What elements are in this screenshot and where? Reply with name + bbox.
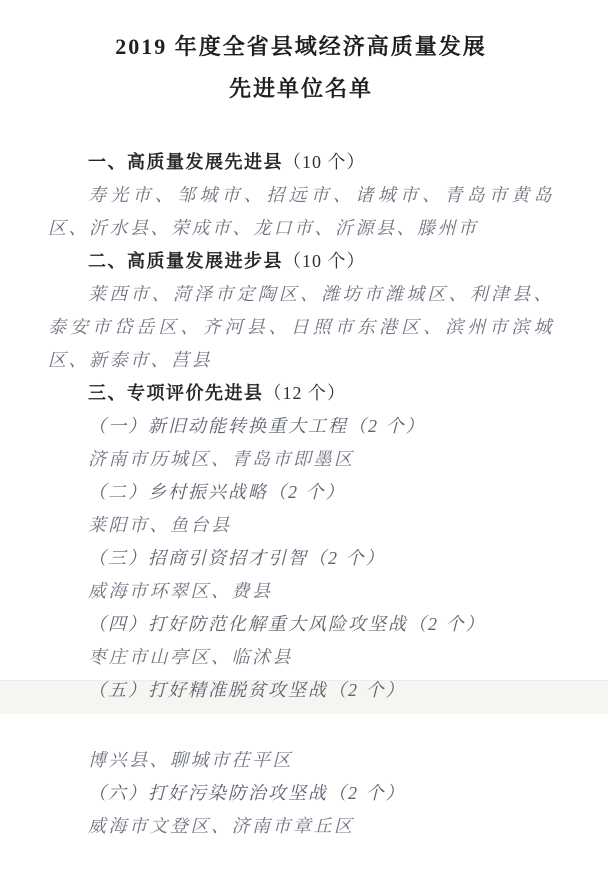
body-line: 寿光市、邹城市、招远市、诸城市、青岛市黄岛区、沂水县、荣成市、龙口市、沂源县、滕… [48, 179, 554, 245]
section-heading-2-count: （10 个） [283, 251, 366, 271]
section-heading-3-count: （12 个） [264, 383, 347, 403]
body-line: 莱阳市、鱼台县 [48, 509, 554, 542]
body-line: 枣庄市山亭区、临沭县 [48, 641, 554, 674]
page-2: 博兴县、聊城市茌平区 （六）打好污染防治攻坚战（2 个） 威海市文登区、济南市章… [0, 714, 608, 876]
page-2-content: 博兴县、聊城市茌平区 （六）打好污染防治攻坚战（2 个） 威海市文登区、济南市章… [48, 744, 554, 843]
section-heading-2: 二、高质量发展进步县（10 个） [48, 245, 554, 278]
section-heading-1-label: 一、高质量发展先进县 [88, 152, 283, 172]
body-line: 济南市历城区、青岛市即墨区 [48, 443, 554, 476]
subsection-heading-1: （一）新旧动能转换重大工程（2 个） [48, 410, 554, 443]
document-title: 2019 年度全省县域经济高质量发展 先进单位名单 [48, 0, 554, 110]
subsection-heading-6: （六）打好污染防治攻坚战（2 个） [48, 777, 554, 810]
body-line: 威海市文登区、济南市章丘区 [48, 810, 554, 843]
section-heading-2-label: 二、高质量发展进步县 [88, 251, 283, 271]
subsection-heading-2: （二）乡村振兴战略（2 个） [48, 476, 554, 509]
body-line: 威海市环翠区、费县 [48, 575, 554, 608]
body-line: 莱西市、菏泽市定陶区、潍坊市潍城区、利津县、泰安市岱岳区、齐河县、日照市东港区、… [48, 278, 554, 377]
section-heading-3: 三、专项评价先进县（12 个） [48, 377, 554, 410]
document-title-line1: 2019 年度全省县域经济高质量发展 [48, 26, 554, 68]
page-1-content: 一、高质量发展先进县（10 个） 寿光市、邹城市、招远市、诸城市、青岛市黄岛区、… [48, 146, 554, 707]
document-title-line2: 先进单位名单 [48, 68, 554, 110]
body-line: 博兴县、聊城市茌平区 [48, 744, 554, 777]
document-viewer: 2019 年度全省县域经济高质量发展 先进单位名单 一、高质量发展先进县（10 … [0, 0, 608, 876]
section-heading-3-label: 三、专项评价先进县 [88, 383, 264, 403]
section-heading-1-count: （10 个） [283, 152, 366, 172]
subsection-heading-4: （四）打好防范化解重大风险攻坚战（2 个） [48, 608, 554, 641]
subsection-heading-3: （三）招商引资招才引智（2 个） [48, 542, 554, 575]
page-1: 2019 年度全省县域经济高质量发展 先进单位名单 一、高质量发展先进县（10 … [0, 0, 608, 680]
section-heading-1: 一、高质量发展先进县（10 个） [48, 146, 554, 179]
